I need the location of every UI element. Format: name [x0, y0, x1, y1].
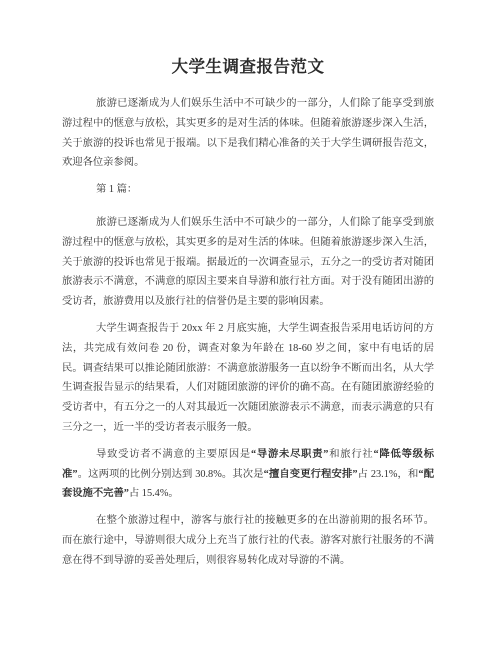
- highlighted-term: “导游未尽职责”: [251, 449, 328, 460]
- section-1-label: 第 1 篇：: [62, 180, 434, 200]
- highlighted-term: “擅自变更行程安排”: [264, 469, 358, 480]
- text-segment: 。这两项的比例分别达到 30.8%。其次是: [78, 469, 264, 480]
- text-segment: 导致受访者不满意的主要原因是: [96, 449, 251, 460]
- complaint-reasons-paragraph: 导致受访者不满意的主要原因是“导游未尽职责”和旅行社“降低等级标准”。这两项的比…: [62, 445, 434, 504]
- text-segment: 占 23.1%，和: [358, 469, 419, 480]
- text-segment: 占 15.4%。: [129, 488, 179, 499]
- overview-paragraph: 旅游已逐渐成为人们娱乐生活中不可缺少的一部分，人们除了能享受到旅游过程中的惬意与…: [62, 213, 434, 312]
- closing-paragraph: 在整个旅游过程中，游客与旅行社的接触更多的在出游前期的报名环节。而在旅行途中，导…: [62, 511, 434, 570]
- page-title: 大学生调查报告范文: [62, 56, 434, 78]
- intro-paragraph: 旅游已逐渐成为人们娱乐生活中不可缺少的一部分，人们除了能享受到旅游过程中的惬意与…: [62, 94, 434, 173]
- text-segment: 和旅行社: [328, 449, 373, 460]
- survey-method-paragraph: 大学生调查报告于 20xx 年 2 月底实施，大学生调查报告采用电话访问的方法，…: [62, 319, 434, 438]
- document-page: 大学生调查报告范文 旅游已逐渐成为人们娱乐生活中不可缺少的一部分，人们除了能享受…: [0, 0, 500, 647]
